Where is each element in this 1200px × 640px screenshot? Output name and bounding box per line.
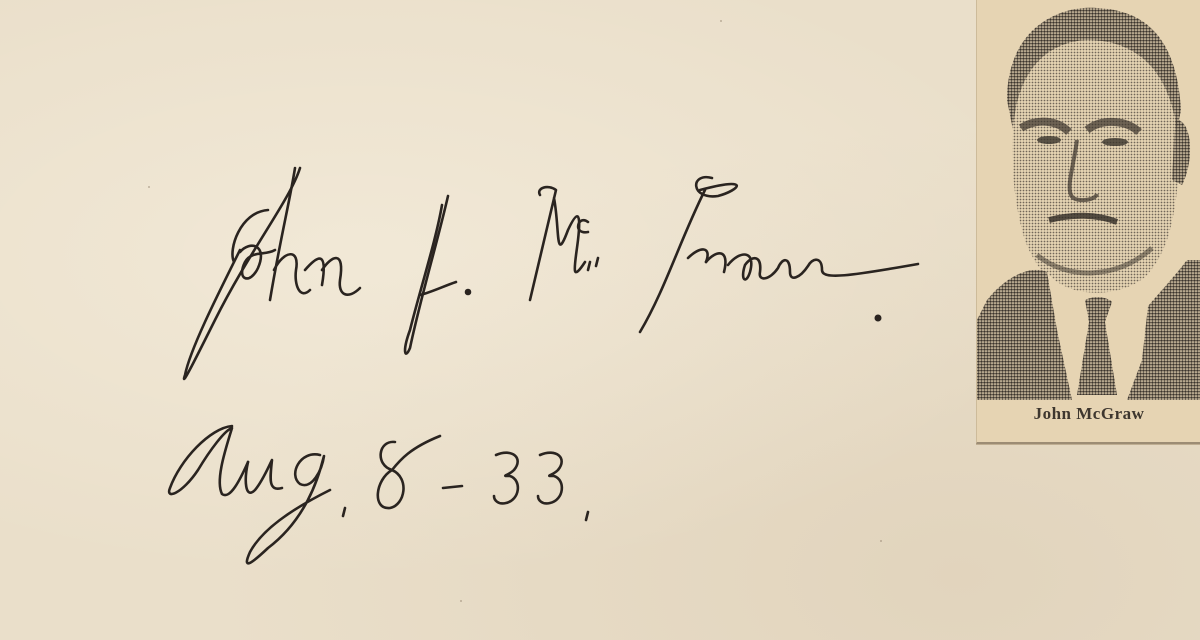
- autograph-card: John J. McGraw Aug. 8-33.: [0, 0, 1200, 640]
- halftone-portrait-image: [977, 0, 1200, 400]
- newspaper-clipping: John McGraw: [976, 0, 1200, 444]
- clipping-caption: John McGraw: [977, 404, 1200, 424]
